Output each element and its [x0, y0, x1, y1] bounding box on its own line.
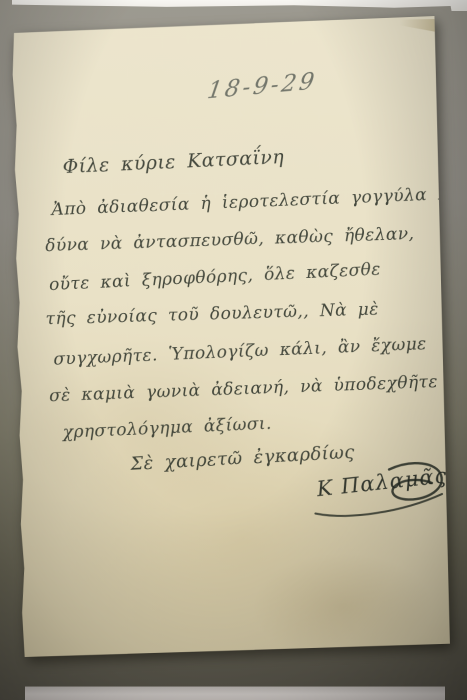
handwritten-line: οὔτε καὶ ξηροφθόρης, ὅλε καζεσθε — [49, 261, 382, 294]
handwritten-line: συγχωρῆτε. Ὑπολογίζω κάλι, ἂν ἔχωμε — [53, 336, 427, 369]
handwritten-line: τῆς εὐνοίας τοῦ δουλευτῶ,, Νὰ μὲ — [45, 301, 379, 328]
handwritten-greeting: Φίλε κύριε Κατσαΐνη — [62, 148, 284, 177]
handwritten-date: 18-9-29 — [206, 70, 319, 103]
handwritten-line: Ἀπὸ ἀδιαθεσία ἡ ἱεροτελεστία γογγύλα πατ… — [51, 184, 467, 219]
letter-paper: 18-9-29 Φίλε κύριε Κατσαΐνη Ἀπὸ ἀδιαθεσί… — [10, 16, 450, 657]
handwritten-line: χρηστολόγημα ἀξίωσι. — [62, 416, 272, 442]
adjacent-sheet-above-edge — [12, 0, 467, 11]
handwritten-line: δύνα νὰ ἀντασπευσθῶ, καθὼς ἤθελαν, — [45, 226, 415, 255]
handwritten-line: σὲ καμιὰ γωνιὰ ἀδειανή, νὰ ὑποδεχθῆτε τὶ… — [49, 373, 467, 406]
photograph-of-letter: { "letter": { "date": "18-9-29", "greeti… — [0, 0, 467, 700]
letter-paper-surface: 18-9-29 Φίλε κύριε Κατσαΐνη Ἀπὸ ἀδιαθεσί… — [10, 16, 450, 657]
adjacent-sheet-below-edge — [25, 686, 445, 700]
paper-corner-fold — [384, 19, 436, 33]
